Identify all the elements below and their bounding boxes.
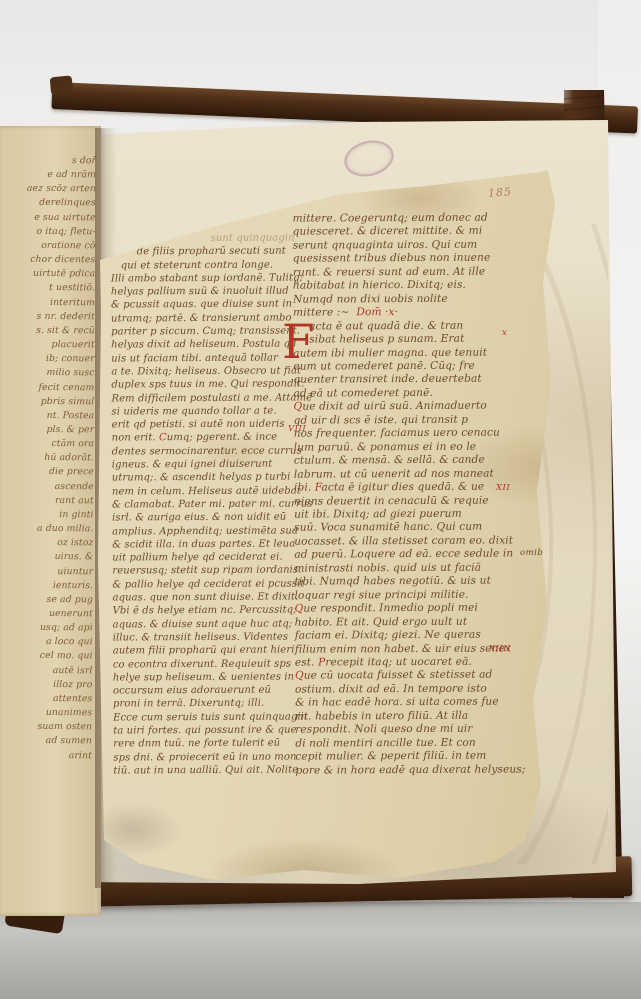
fragment-line: unanimes [0,706,92,721]
fragment-line: cel mo. qui [0,649,93,664]
manuscript-line: ibi. Facta ē igitur dies quedā. & ue [294,480,530,495]
manuscript-line: & scidit illa. in duas partes. Et leua [112,537,292,551]
manuscript-line: occursum eius adorauerunt eū [113,684,293,698]
manuscript-page: 185 sunt quinquaginde filiis propharū se… [96,162,558,888]
manuscript-line: pore & in hora eadē qua dixerat helyseus… [295,763,531,778]
folio-number: 185 [488,185,513,200]
manuscript-line: nos frequenter. faciamus uero cenacu [294,427,530,442]
manuscript-line: respondit. Noli queso dne mi uir [295,723,531,738]
fragment-line: se ad pug [0,593,93,608]
manuscript-line: & pcussit aquas. que diuise sunt in [111,298,291,312]
manuscript-line: erit qd petisti. si autē non uideris [112,418,292,432]
manuscript-line: quesissent tribus diebus non inuene [293,252,529,267]
fragment-line: s. sit & recū [1,324,95,339]
manuscript-line: & pallio helye qd ceciderat ei pcussit [112,577,292,591]
manuscript-line: co econtra dixerunt. Requieuit sps [113,657,293,671]
fragment-line: a duo milia. [0,522,94,537]
manuscript-line: qui et steterunt contra longe. [111,258,291,272]
fragment-line: e ad nrām [2,168,96,183]
manuscript-line: pariter p siccum. Cumq; transissent. [111,325,291,339]
manuscript-line: Que respondit. Inmedio popli mei [295,602,531,617]
text-column-right: mittere. Coegeruntq; eum donec adquiesce… [293,211,532,777]
manuscript-line: mittere :~ Dom̄ ·x· [293,306,529,321]
background-bottom-shadow [0,902,641,999]
manuscript-line: eum ut comederet panē. Cūq; fre [293,359,529,374]
fragment-line: ib; conuer [1,352,95,367]
fragment-line: uiras. & [0,550,93,565]
manuscript-line: isrl. & auriga eius. & non uidit eū [112,511,292,525]
manuscript-line: di noli mentiri ancille tue. Et con [295,736,531,751]
manuscript-line: ministrasti nobis. quid uis ut faciā [294,561,530,576]
manuscript-line: Illi ambo stabant sup iordanē. Tulitq; [111,271,291,285]
manuscript-line: autem filii propharū qui erant hieri [113,644,293,658]
manuscript-line: aquas. que non sunt diuise. Et dixit. [112,591,292,605]
fragment-line: arint [0,748,92,763]
manuscript-line: uit pallium helye qd ceciderat ei. [112,551,292,565]
manuscript-line: ad puerū. Loquere ad eā. ecce sedule in [294,548,530,563]
fragment-line: ad sumen [0,734,92,749]
manuscript-line: nem in celum. Heliseus autē uidebat [112,484,292,498]
fragment-line: o itaq; fletu- [2,224,96,239]
fragment-line: ctām ora [0,437,94,452]
manuscript-line: qd uir di scs ē iste. qui transit p [294,413,530,428]
fragment-line: t uestitiō. [1,281,95,296]
manuscript-line: Numqd non dixi uobis nolite [293,292,529,307]
fragment-line: ascende [0,479,94,494]
fragment-line: s nr. dederit [1,309,95,324]
manuscript-line: illuc. & transiit heliseus. Videntes [113,630,293,644]
manuscript-line: a te. Dixitq; heliseus. Obsecro ut fiat [111,364,291,378]
fragment-line: usq; ad api [0,621,93,636]
manuscript-line: suū. Voca sunamitē hanc. Qui cum [294,521,530,536]
manuscript-line: ta uiri fortes. qui possunt ire & que [113,724,293,738]
manuscript-line: cepit mulier. & peperit filiū. in tem [295,750,531,765]
manuscript-line: runt. & reuersi sunt ad eum. At ille [293,265,529,280]
manuscript-line: mittere. Coegeruntq; eum donec ad [293,211,529,226]
manuscript-line: duplex sps tuus in me. Qui respondit. [111,378,291,392]
fragment-line: uenerunt [0,607,93,622]
manuscript-line: igneus. & equi ignei diuiserunt [112,458,292,472]
manuscript-line: est. Precepit itaq; ut uocaret eā. [295,655,531,670]
manuscript-line: & in hac eadē hora. si uita comes fue [295,696,531,711]
fragment-line: attentes [0,692,92,707]
manuscript-line: ad eā ut comederet panē. [293,386,529,401]
fragment-line: uiuntur [0,564,93,579]
manuscript-line: Rem difficilem postulasti a me. Attamē [111,391,291,405]
text-column-left: sunt quinquaginde filiis propharū secuti… [111,232,294,778]
facing-page-edge: s dor̄e ad nrāmaez scōz artenderelinques… [0,126,101,916]
fragment-line: nt. Postea [0,408,94,423]
manuscript-line: sps dni. & proiecerit eū in uno mon [113,750,293,764]
fragment-line: hū adorāt. [0,451,94,466]
margin-note: x [502,328,507,338]
manuscript-line: uocasset. & illa stetisset coram eo. dix… [294,534,530,549]
manuscript-line: dentes sermocinarentur. ecce currus [112,444,292,458]
manuscript-line: quenter transiret inde. deuertebat [293,373,529,388]
manuscript-line: lum paruū. & ponamus ei in eo le [294,440,530,455]
manuscript-line: tibi. Numqd habes negotiū. & uis ut [294,575,530,590]
manuscript-line: serunt qnquaginta uiros. Qui cum [293,238,529,253]
manuscript-photograph: s dor̄e ad nrāmaez scōz artenderelinques… [0,0,641,999]
fragment-line: interitum [1,295,95,310]
fragment-line: milio susc [1,366,95,381]
manuscript-line: helyas pallium suū & inuoluit illud [111,285,291,299]
manuscript-line: uis ut faciam tibi. antequā tollar [111,351,291,365]
manuscript-line: aquas. & diuise sunt aque huc atq; [113,617,293,631]
fragment-line: in ginti [0,508,94,523]
manuscript-line: habitabat in hierico. Dixitq; eis. [293,279,529,294]
manuscript-line: ostium. dixit ad eā. In tempore isto [295,682,531,697]
fragment-line: s dor̄ [2,154,96,169]
fragment-line: autē isrl [0,663,93,678]
manuscript-line: Que dixit ad uirū suū. Animaduerto [294,400,530,415]
fragment-line: e sua uirtute [2,210,96,225]
fragment-line: pls. & per [0,423,94,438]
fragment-line: oratione cō [1,239,95,254]
fragment-line: die prece [0,465,94,480]
manuscript-line: helye sup heliseum. & uenientes in [113,670,293,684]
manuscript-line: Ecce cum seruis tuis sunt quinquagin [113,710,293,724]
fragment-line: uirtutē pdica [1,267,95,282]
fragment-line: rant aut [0,493,94,508]
manuscript-line: rere dnm tuū. ne forte tulerit eū [113,737,293,751]
facing-page-text-fragments: s dor̄e ad nrāmaez scōz artenderelinques… [0,154,96,763]
manuscript-line: acta ē aut quadā die. & tran [293,319,529,334]
manuscript-line: labrum. ut cū uenerit ad nos maneat [294,467,530,482]
fragment-line: pbris simul [0,394,94,409]
margin-note: XII [496,483,510,493]
manuscript-line: reuersusq; stetit sup ripam iordanis. [112,564,292,578]
fragment-line: suam osten [0,720,92,735]
fragment-line: fecit cenam [0,380,94,395]
manuscript-line: autem ibi mulier magna. que tenuit [293,346,529,361]
manuscript-line: loquar regi siue principi militie. [294,588,530,603]
margin-note: VIII [288,424,306,434]
fragment-line: placuerit [1,338,95,353]
manuscript-line: ctulum. & mensā. & sellā. & cande [294,454,530,469]
manuscript-line: faciam ei. Dixitq; giezi. Ne queras [295,628,531,643]
manuscript-line: rit. habebis in utero filiū. At illa [295,709,531,724]
manuscript-line: & clamabat. Pater mi. pater mi. currus [112,497,292,511]
manuscript-line: Vbi ē ds helye etiam nc. Percussitq; [113,604,293,618]
manuscript-line: non erit. Cumq; pgerent. & ince [112,431,292,445]
fragment-line: a loco qui [0,635,93,650]
fragment-line: oz istoz [0,536,93,551]
fragment-line: illoz pro [0,677,92,692]
manuscript-line: si uideris me quando tollar a te. [111,404,291,418]
fragment-line: derelinques [2,196,96,211]
fragment-line: chor dicentes [1,253,95,268]
manuscript-line: utramq; partē. & transierunt ambo [111,311,291,325]
manuscript-line: quiesceret. & diceret mittite. & mi [293,225,529,240]
fragment-line: aez scōz arten [2,182,96,197]
manuscript-line: utrumq;. & ascendit helyas p turbi [112,471,292,485]
manuscript-line: habito. Et ait. Quid ergo uult ut [295,615,531,630]
manuscript-line: amplius. Apphenditq; uestimēta sua [112,524,292,538]
manuscript-line: proni in terrā. Dixeruntq; illi. [113,697,293,711]
manuscript-line: helyas dixit ad heliseum. Postula qd [111,338,291,352]
manuscript-line: tiū. aut in una ualliū. Qui ait. Nolite [113,763,293,777]
manuscript-line: Que cū uocata fuisset & stetisset ad [295,669,531,684]
rubricated-initial-F: F [282,318,312,372]
manuscript-line: uit ibi. Dixitq; ad giezi puerum [294,507,530,522]
margin-note: XIIII [489,644,511,654]
manuscript-line: niens deuertit in cenaculū & requie [294,494,530,509]
fragment-line: ienturis. [0,578,93,593]
manuscript-line: sibat heliseus p sunam. Erat [293,332,529,347]
